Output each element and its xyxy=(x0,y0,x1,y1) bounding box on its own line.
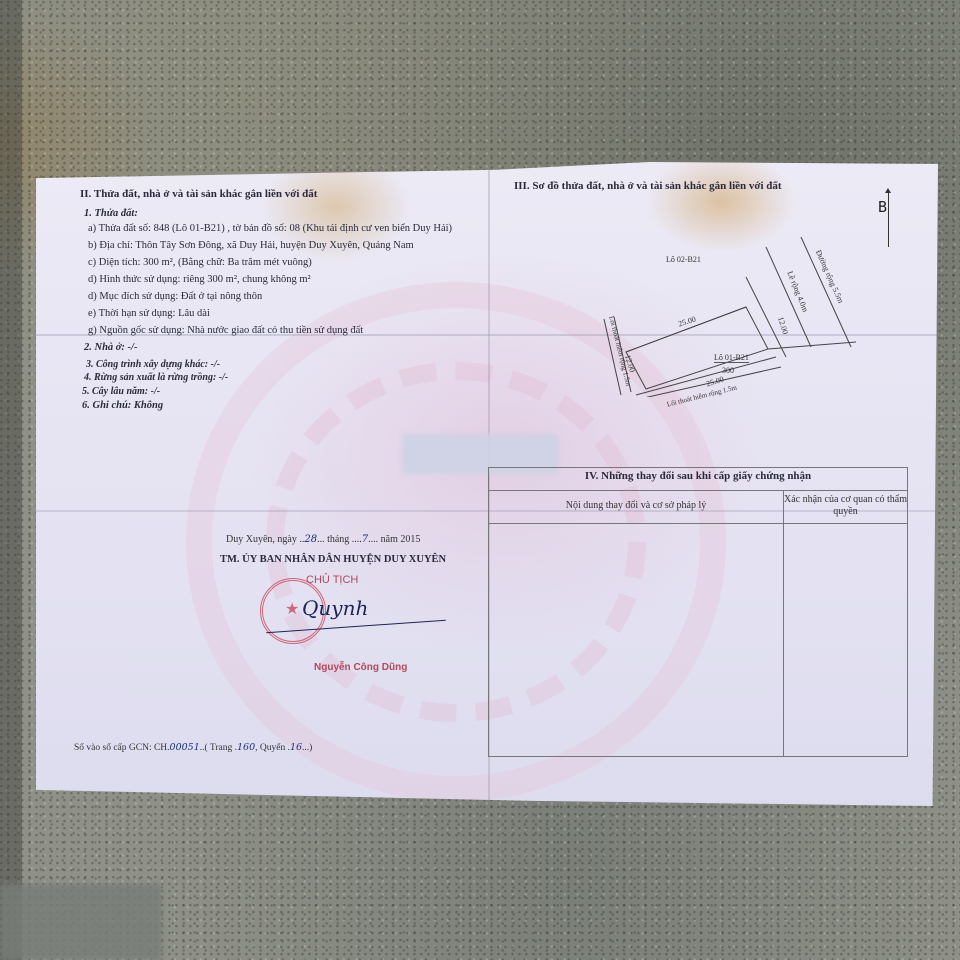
north-label: B xyxy=(878,198,887,216)
construction-line: 3. Công trình xây dựng khác: -/- xyxy=(86,359,220,370)
land-line-area: c) Diện tích: 300 m², (Bằng chữ: Ba trăm… xyxy=(88,257,312,268)
issue-date: Duy Xuyên, ngày ..28... tháng ....7.... … xyxy=(226,534,420,545)
land-line-purpose: d) Mục đích sử dụng: Đất ở tại nông thôn xyxy=(88,291,262,302)
land-line-term: e) Thời hạn sử dụng: Lâu dài xyxy=(88,308,210,319)
house-line: 2. Nhà ở: -/- xyxy=(84,342,137,353)
land-heading: 1. Thửa đất: xyxy=(84,208,138,219)
note-line: 6. Ghi chú: Không xyxy=(82,400,163,411)
plot-diagram: Lô 02-B21 25.00 Lô 01-B21 300 25.00 12.0… xyxy=(596,217,896,397)
perennial-line: 5. Cây lâu năm: -/- xyxy=(82,386,160,397)
section2-title: II. Thửa đất, nhà ở và tài sản khác gắn … xyxy=(80,188,317,200)
authority-confirmation-header: Xác nhận của cơ quan có thẩm quyền xyxy=(784,494,907,518)
land-line-origin: g) Nguồn gốc sử dụng: Nhà nước giao đất … xyxy=(88,325,363,336)
neighbor-lot-label: Lô 02-B21 xyxy=(666,255,701,264)
registration-number: Số vào sổ cấp GCN: CH.00051..( Trang .16… xyxy=(74,742,312,753)
issuing-authority: TM. ỦY BAN NHÂN DÂN HUYỆN DUY XUYÊN xyxy=(220,554,446,565)
land-certificate-page: II. Thửa đất, nhà ở và tài sản khác gắn … xyxy=(36,162,938,806)
plot-outline-drawing xyxy=(596,217,896,397)
forest-line: 4. Rừng sản xuất là rừng trồng: -/- xyxy=(84,372,228,383)
signer-name: Nguyễn Công Dũng xyxy=(314,662,407,673)
changes-table-divider xyxy=(783,490,784,756)
lot-label: Lô 01-B21 xyxy=(714,353,749,363)
handwritten-signature: Quynh xyxy=(302,596,368,620)
signer-role: CHỦ TỊCH xyxy=(306,574,358,586)
section4-title: IV. Những thay đổi sau khi cấp giấy chứn… xyxy=(489,470,907,482)
background-edge xyxy=(0,0,22,960)
changes-content-header: Nội dung thay đổi và cơ sở pháp lý xyxy=(489,500,783,511)
land-line-usage-form: d) Hình thức sử dụng: riêng 300 m², chun… xyxy=(88,274,311,285)
redacted-corner xyxy=(0,884,162,960)
land-line-number: a) Thửa đất số: 848 (Lô 01-B21) , tờ bản… xyxy=(88,223,452,234)
land-line-address: b) Địa chỉ: Thôn Tây Sơn Đông, xã Duy Hả… xyxy=(88,240,414,251)
section3-title: III. Sơ đồ thửa đất, nhà ở và tài sản kh… xyxy=(514,180,782,192)
lot-area-label: 300 xyxy=(722,366,734,375)
changes-table: IV. Những thay đổi sau khi cấp giấy chứn… xyxy=(488,467,908,757)
